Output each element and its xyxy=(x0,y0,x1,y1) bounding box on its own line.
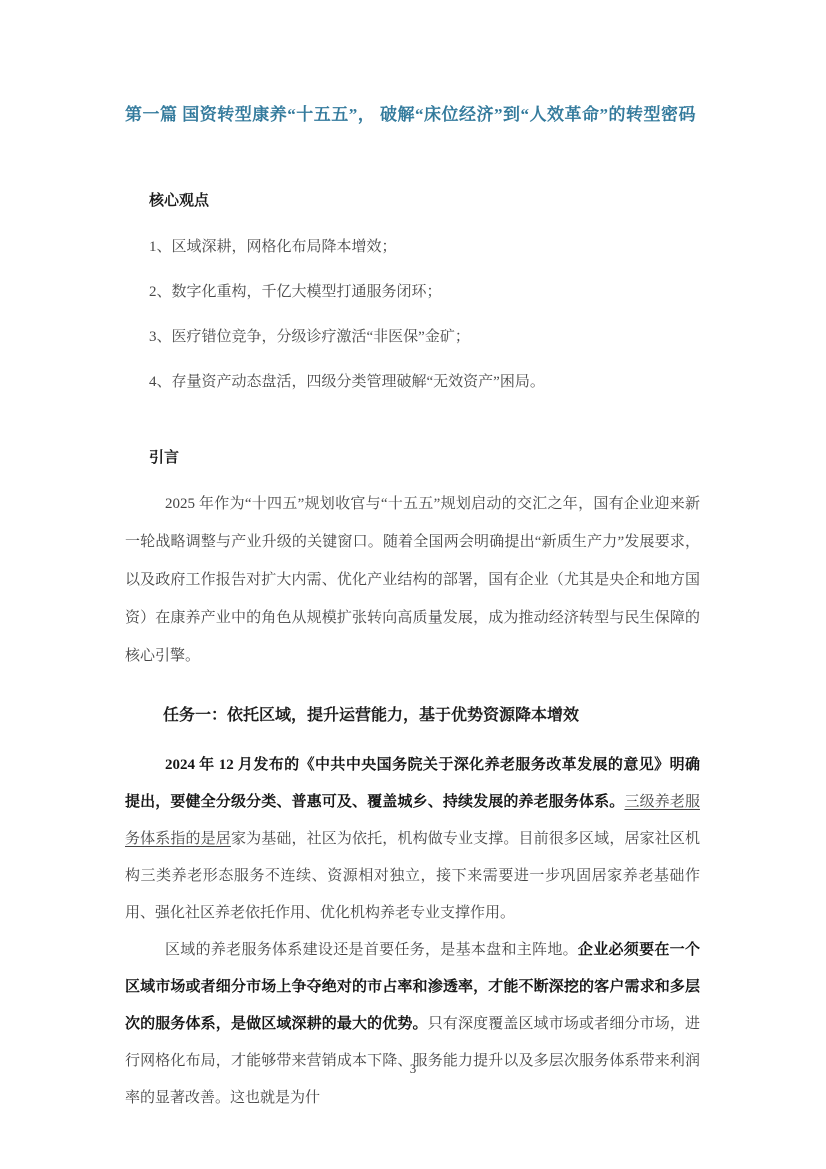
section-core-points: 核心观点 1、区域深耕，网格化布局降本增效； 2、数字化重构，千亿大模型打通服务… xyxy=(125,182,700,401)
task-one-paragraph-1: 2024 年 12 月发布的《中共中央国务院关于深化养老服务改革发展的意见》明确… xyxy=(125,747,700,932)
core-points-list: 1、区域深耕，网格化布局降本增效； 2、数字化重构，千亿大模型打通服务闭环； 3… xyxy=(125,228,700,401)
core-point-item: 3、医疗错位竞争，分级诊疗激活“非医保”金矿； xyxy=(125,318,700,356)
introduction-heading: 引言 xyxy=(125,439,700,477)
policy-citation-bold: 2024 年 12 月发布的《中共中央国务院关于深化养老服务改革发展的意见》明确… xyxy=(125,757,700,810)
core-point-item: 4、存量资产动态盘活，四级分类管理破解“无效资产”困局。 xyxy=(125,363,700,401)
core-point-item: 2、数字化重构，千亿大模型打通服务闭环； xyxy=(125,273,700,311)
core-points-heading: 核心观点 xyxy=(125,182,700,220)
introduction-paragraph: 2025 年作为“十四五”规划收官与“十五五”规划启动的交汇之年，国有企业迎来新… xyxy=(125,485,700,675)
section-task-one: 任务一：依托区域，提升运营能力，基于优势资源降本增效 2024 年 12 月发布… xyxy=(125,697,700,1117)
page-number: 3 xyxy=(0,1061,826,1077)
section-introduction: 引言 2025 年作为“十四五”规划收官与“十五五”规划启动的交汇之年，国有企业… xyxy=(125,439,700,675)
task-one-paragraph-2-start: 区域的养老服务体系建设还是首要任务，是基本盘和主阵地。 xyxy=(165,942,578,958)
document-page: 第一篇 国资转型康养“十五五”， 破解“床位经济”到“人效革命”的转型密码 核心… xyxy=(0,0,826,1169)
task-one-paragraph-2: 区域的养老服务体系建设还是首要任务，是基本盘和主阵地。企业必须要在一个区域市场或… xyxy=(125,932,700,1117)
core-point-item: 1、区域深耕，网格化布局降本增效； xyxy=(125,228,700,266)
task-one-heading: 任务一：依托区域，提升运营能力，基于优势资源降本增效 xyxy=(125,697,700,735)
page-title: 第一篇 国资转型康养“十五五”， 破解“床位经济”到“人效革命”的转型密码 xyxy=(125,92,700,138)
